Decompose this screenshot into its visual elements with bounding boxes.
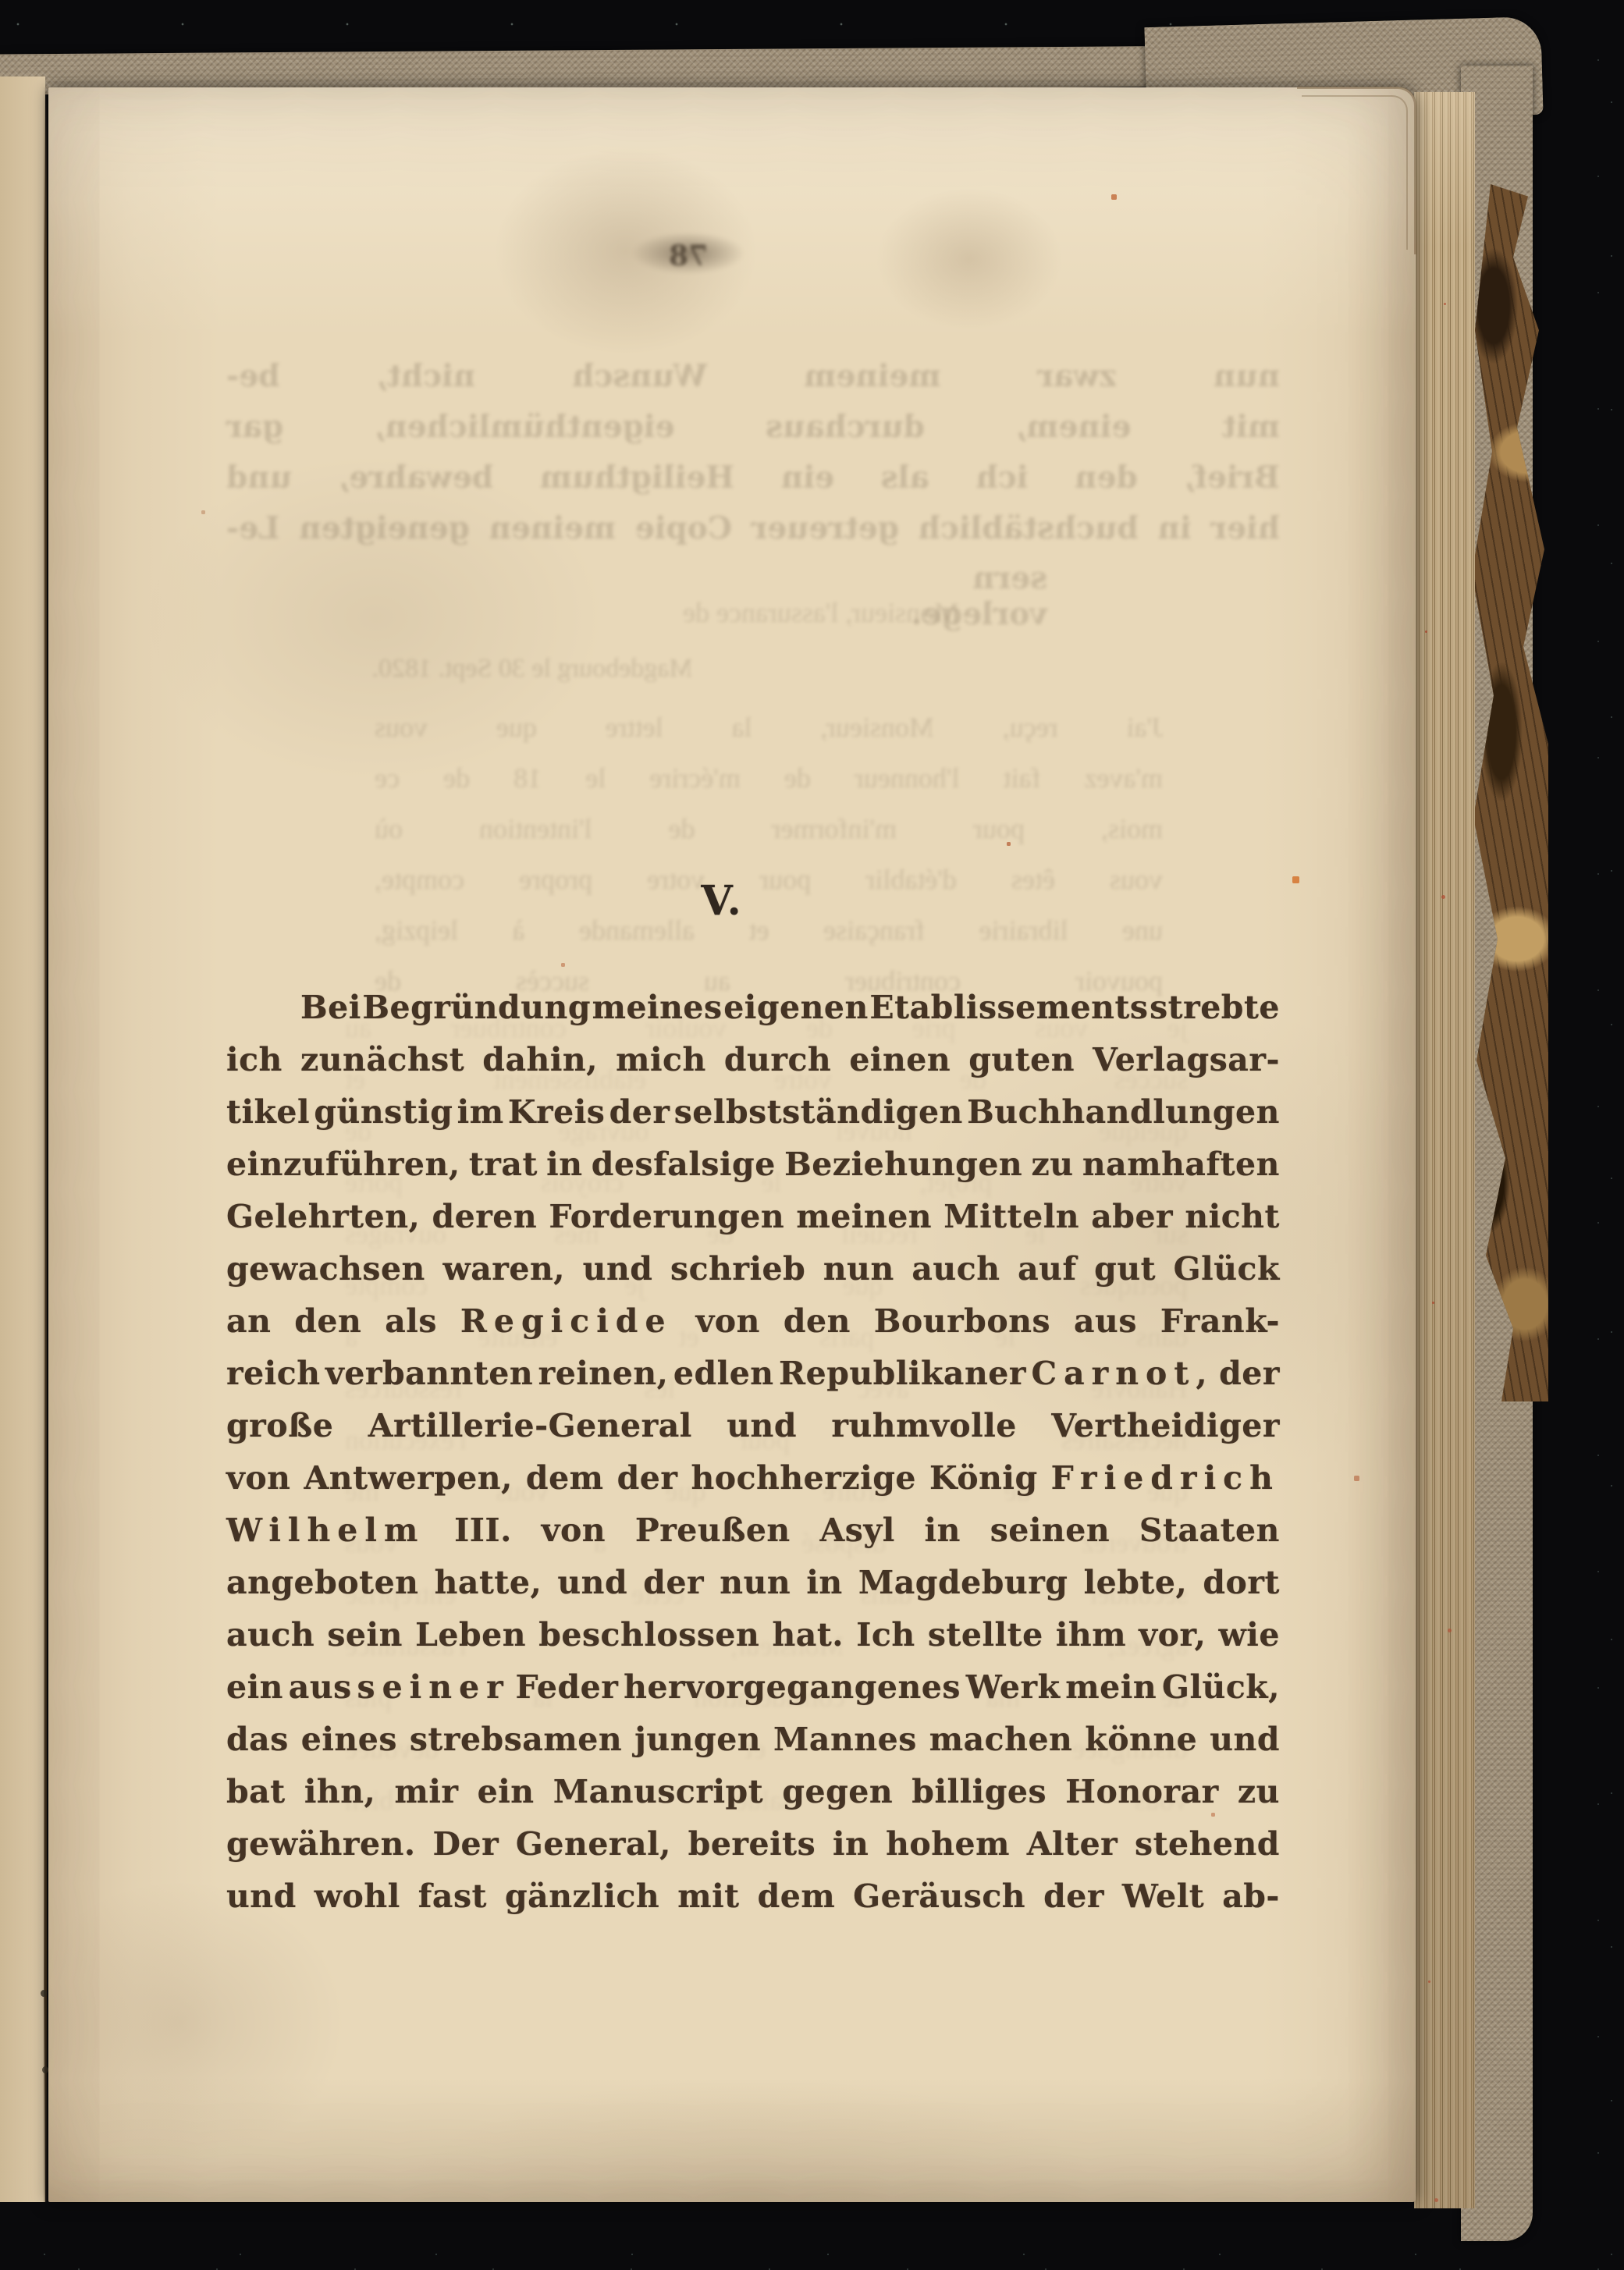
text-line: nunzwarmeinemWunschnicht,be- [226,351,1280,402]
scan-background: 78 nunzwarmeinemWunschnicht,be-miteinem,… [0,0,1624,2270]
text-line: tikelgünstigimKreisderselbstständigenBuc… [226,1086,1280,1139]
bleedthrough-closing-line: Monsieur, l'assurance de [548,596,1094,629]
text-line: hierinbuchstäblichgetreuerCopiemeinengen… [226,503,1280,554]
section-heading: V. [226,877,1217,925]
text-line: batihn,mireinManuscriptgegenbilligesHono… [226,1766,1280,1818]
text-line: BeiBegründungmeineseigenenEtablissements… [226,982,1280,1034]
text-line: einzuführen,tratindesfalsigeBeziehungenz… [226,1139,1280,1191]
text-line: ichzunächstdahin,michdurcheinengutenVerl… [226,1034,1280,1086]
bleedthrough-page-number: 78 [626,228,751,284]
text-line: auchseinLebenbeschlossenhat.Ichstellteih… [226,1609,1280,1661]
text-line: undwohlfastgänzlichmitdemGeräuschderWelt… [226,1870,1280,1923]
text-line: Brief,denichalseinHeiligthumbewahre,und [226,453,1280,503]
text-line: einausseinerFederhervorgegangenesWerkmei… [226,1661,1280,1714]
text-line: Gelehrten,derenForderungenmeinenMittelna… [226,1191,1280,1243]
text-line: WilhelmIII.vonPreußenAsylinseinenStaaten [226,1504,1280,1557]
text-line: daseinesstrebsamenjungenMannesmachenkönn… [226,1714,1280,1766]
text-line: angebotenhatte,unddernuninMagdeburglebte… [226,1557,1280,1609]
bleedthrough-dateline: Magdebourg le 30 Sept. 1820. [345,654,720,684]
foxing-spots [48,87,49,88]
text-line: mois,pourm'informerdel'intentionoù [375,804,1163,854]
gutter-crease [44,87,47,2202]
text-line: m'avezfaitl'honneurdem'écrirele18dece [375,753,1163,804]
text-line: vonAntwerpen,demderhochherzigeKönigFried… [226,1452,1280,1504]
text-line: miteinem,durchauseigenthümlichen,gar [226,402,1280,453]
bleedthrough-french-text: J'aireçu,Monsieur,lalettrequevousm'avezf… [375,702,1163,1007]
page-corner-edge-lines [1297,87,1416,254]
bleedthrough-german-text: nunzwarmeinemWunschnicht,be-miteinem,dur… [226,351,1280,554]
text-line: gewähren.DerGeneral,bereitsinhohemAlters… [226,1818,1280,1870]
text-line: großeArtillerie-GeneralundruhmvolleVerth… [226,1400,1280,1452]
body-paragraph: BeiBegründungmeineseigenenEtablissements… [226,982,1280,1923]
text-line: gewachsenwaren,undschriebnunauchaufgutGl… [226,1243,1280,1295]
page-fore-edge-stack [1414,92,1475,2208]
text-line: andenalsRegicidevondenBourbonsausFrank- [226,1295,1280,1348]
book-page: 78 nunzwarmeinemWunschnicht,be-miteinem,… [48,87,1416,2202]
text-line: reichverbanntenreinen,edlenRepublikanerC… [226,1348,1280,1400]
gutter-page-sliver [0,76,45,2202]
text-line: J'aireçu,Monsieur,lalettrequevous [375,702,1163,753]
